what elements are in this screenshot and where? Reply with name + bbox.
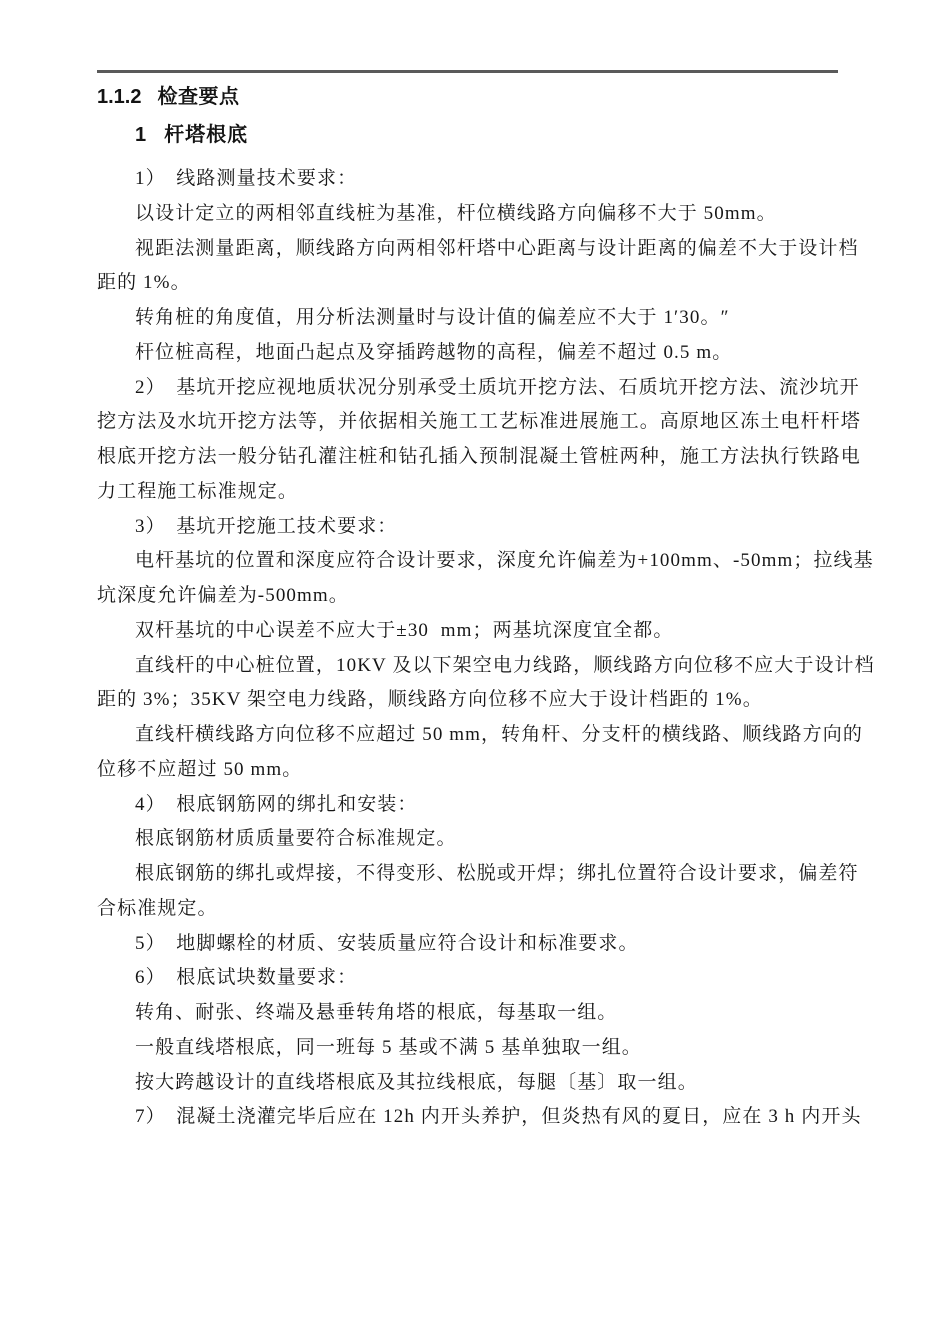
text-line: 4） 根底钢筋网的绑扎和安装： [97,788,863,823]
text-line: 坑深度允许偏差为-500mm。 [97,579,863,614]
section-number: 1.1.2 [97,85,141,109]
text-line: 按大跨越设计的直线塔根底及其拉线根底，每腿〔基〕取一组。 [97,1066,863,1101]
subsection-title: 杆塔根底 [164,123,248,147]
text-line: 电杆基坑的位置和深度应符合设计要求，深度允许偏差为+100mm、-50mm；拉线… [97,544,863,579]
text-line: 转角、耐张、终端及悬垂转角塔的根底，每基取一组。 [97,996,863,1031]
text-line: 力工程施工标准规定。 [97,475,863,510]
text-line: 直线杆的中心桩位置，10KV 及以下架空电力线路，顺线路方向位移不应大于设计档 [97,649,863,684]
section-title: 检查要点 [157,85,239,109]
text-line: 双杆基坑的中心误差不应大于±30 mm；两基坑深度宜全都。 [97,614,863,649]
text-line: 视距法测量距离，顺线路方向两相邻杆塔中心距离与设计距离的偏差不大于设计档 [97,232,863,267]
text-line: 6） 根底试块数量要求： [97,961,863,996]
text-line: 3） 基坑开挖施工技术要求： [97,510,863,545]
text-line: 合标准规定。 [97,892,863,927]
text-line: 1） 线路测量技术要求： [97,162,863,197]
text-line: 5） 地脚螺栓的材质、安装质量应符合设计和标准要求。 [97,927,863,962]
document-body: 1） 线路测量技术要求： 以设计定立的两相邻直线桩为基准，杆位横线路方向偏移不大… [97,162,863,1135]
document-page: 1.1.2 检查要点 1 杆塔根底 1） 线路测量技术要求： 以设计定立的两相邻… [0,0,950,1344]
text-line: 7） 混凝土浇灌完毕后应在 12h 内开头养护，但炎热有风的夏日，应在 3 h … [97,1100,863,1135]
text-line: 位移不应超过 50 mm。 [97,753,863,788]
header-rule [97,70,838,73]
text-line: 以设计定立的两相邻直线桩为基准，杆位横线路方向偏移不大于 50mm。 [97,197,863,232]
text-line: 根底钢筋材质质量要符合标准规定。 [97,822,863,857]
text-line: 根底钢筋的绑扎或焊接，不得变形、松脱或开焊；绑扎位置符合设计要求，偏差符 [97,857,863,892]
text-line: 直线杆横线路方向位移不应超过 50 mm，转角杆、分支杆的横线路、顺线路方向的 [97,718,863,753]
text-line: 根底开挖方法一般分钻孔灌注桩和钻孔插入预制混凝土管桩两种，施工方法执行铁路电 [97,440,863,475]
subsection-heading: 1 杆塔根底 [135,123,248,147]
text-line: 2） 基坑开挖应视地质状况分别承受土质坑开挖方法、石质坑开挖方法、流沙坑开 [97,371,863,406]
text-line: 挖方法及水坑开挖方法等，并依据相关施工工艺标准进展施工。高原地区冻土电杆杆塔 [97,405,863,440]
text-line: 转角桩的角度值，用分析法测量时与设计值的偏差应不大于 1′30。″ [97,301,863,336]
section-heading: 1.1.2 检查要点 [97,85,239,109]
text-line: 距的 3%；35KV 架空电力线路，顺线路方向位移不应大于设计档距的 1%。 [97,683,863,718]
text-line: 一般直线塔根底，同一班每 5 基或不满 5 基单独取一组。 [97,1031,863,1066]
text-line: 杆位桩高程，地面凸起点及穿插跨越物的高程，偏差不超过 0.5 m。 [97,336,863,371]
subsection-number: 1 [135,123,146,147]
text-line: 距的 1%。 [97,266,863,301]
